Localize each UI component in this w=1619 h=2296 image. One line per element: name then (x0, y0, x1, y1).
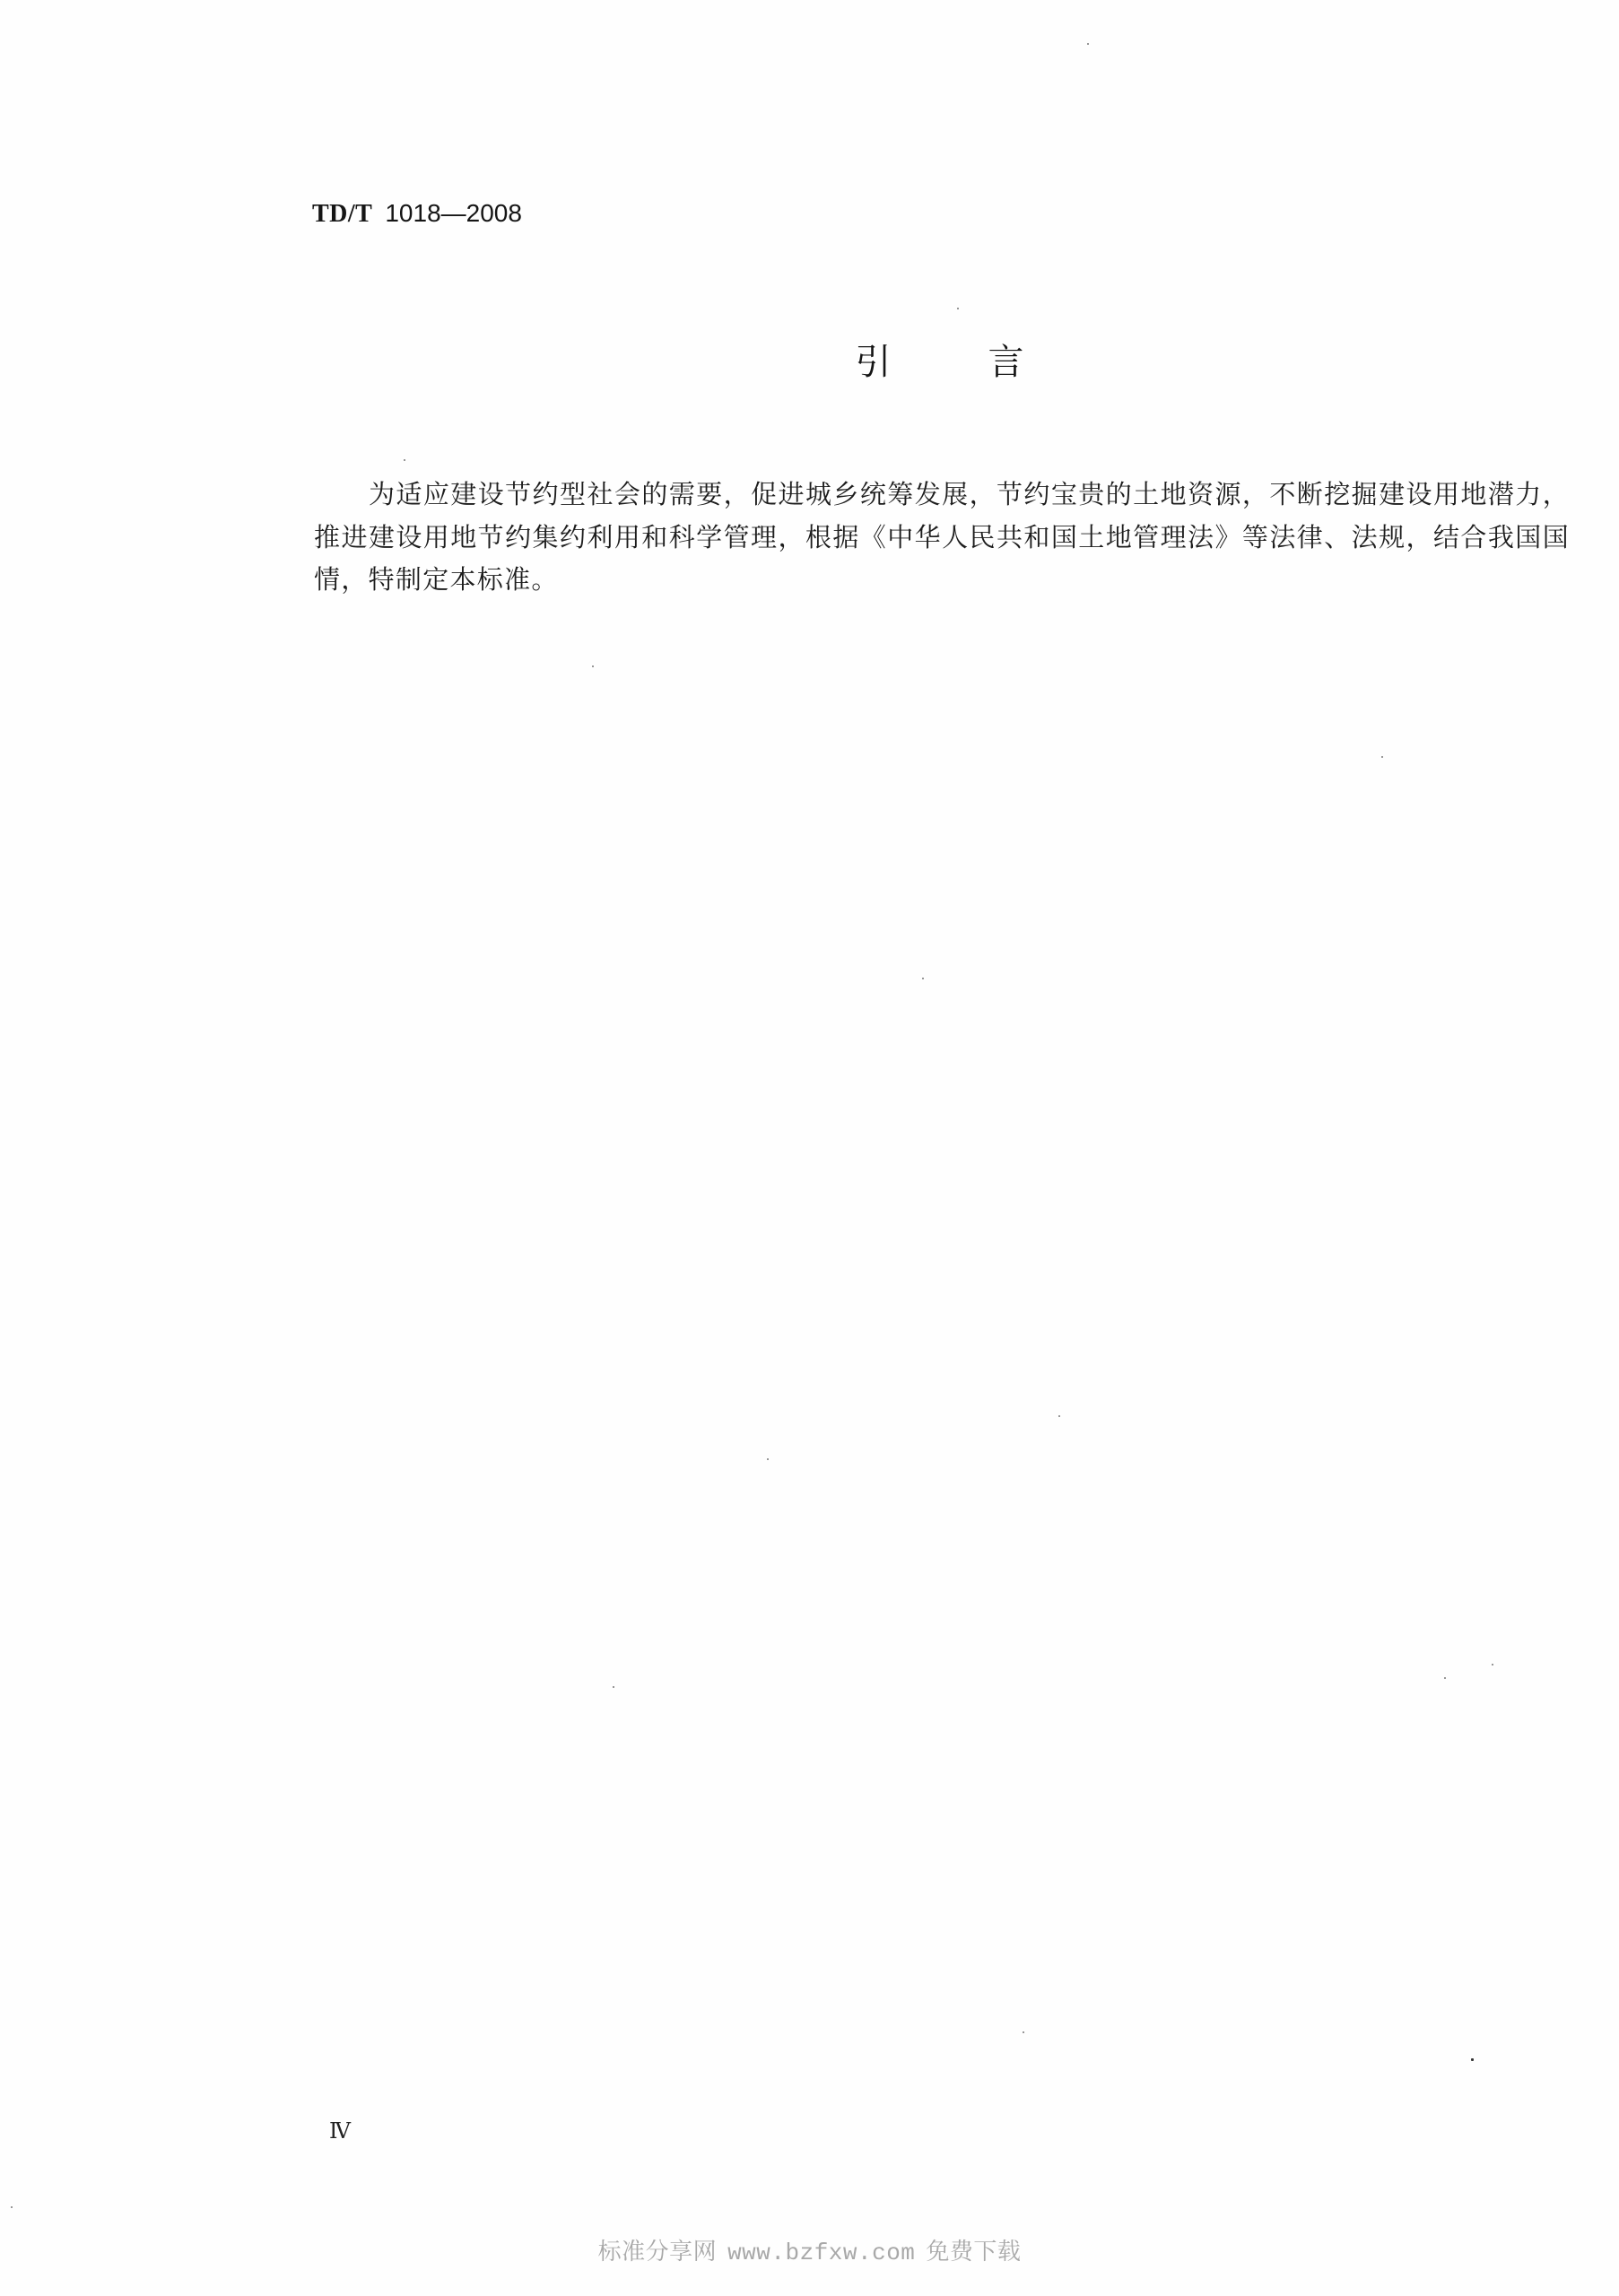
scan-speck (1381, 756, 1383, 758)
scan-speck (592, 665, 594, 667)
watermark-url: www.bzfxw.com (727, 2239, 915, 2266)
introduction-paragraph: 为适应建设节约型社会的需要，促进城乡统筹发展，节约宝贵的土地资源，不断挖掘建设用… (314, 474, 1570, 602)
introduction-body: 为适应建设节约型社会的需要，促进城乡统筹发展，节约宝贵的土地资源，不断挖掘建设用… (314, 474, 1570, 602)
standard-number: 1018—2008 (385, 199, 522, 227)
scan-speck (1023, 2031, 1024, 2033)
scan-speck (11, 2206, 13, 2208)
watermark-footer: 标准分享网www.bzfxw.com免费下载 (0, 2233, 1619, 2266)
page-number: Ⅳ (329, 2118, 351, 2144)
section-title-char-1: 引 (856, 342, 892, 383)
scan-speck (1058, 1415, 1060, 1417)
scan-speck (1087, 43, 1089, 45)
scan-speck (1444, 1677, 1446, 1679)
scan-speck (1471, 2058, 1474, 2061)
document-page: TD/T1018—2008 引言 为适应建设节约型社会的需要，促进城乡统筹发展，… (0, 0, 1619, 2296)
watermark-tagline: 免费下载 (926, 2239, 1021, 2266)
standard-prefix: TD/T (312, 200, 372, 228)
scan-speck (1492, 1664, 1493, 1665)
section-title: 引言 (0, 341, 1619, 384)
section-title-char-2: 言 (988, 342, 1024, 383)
scan-speck (404, 459, 405, 461)
scan-speck (767, 1458, 769, 1460)
standard-code-header: TD/T1018—2008 (312, 199, 522, 229)
scan-speck (613, 1686, 614, 1688)
watermark-site-name: 标准分享网 (598, 2239, 718, 2266)
scan-speck (922, 978, 924, 979)
scan-speck (957, 308, 959, 309)
